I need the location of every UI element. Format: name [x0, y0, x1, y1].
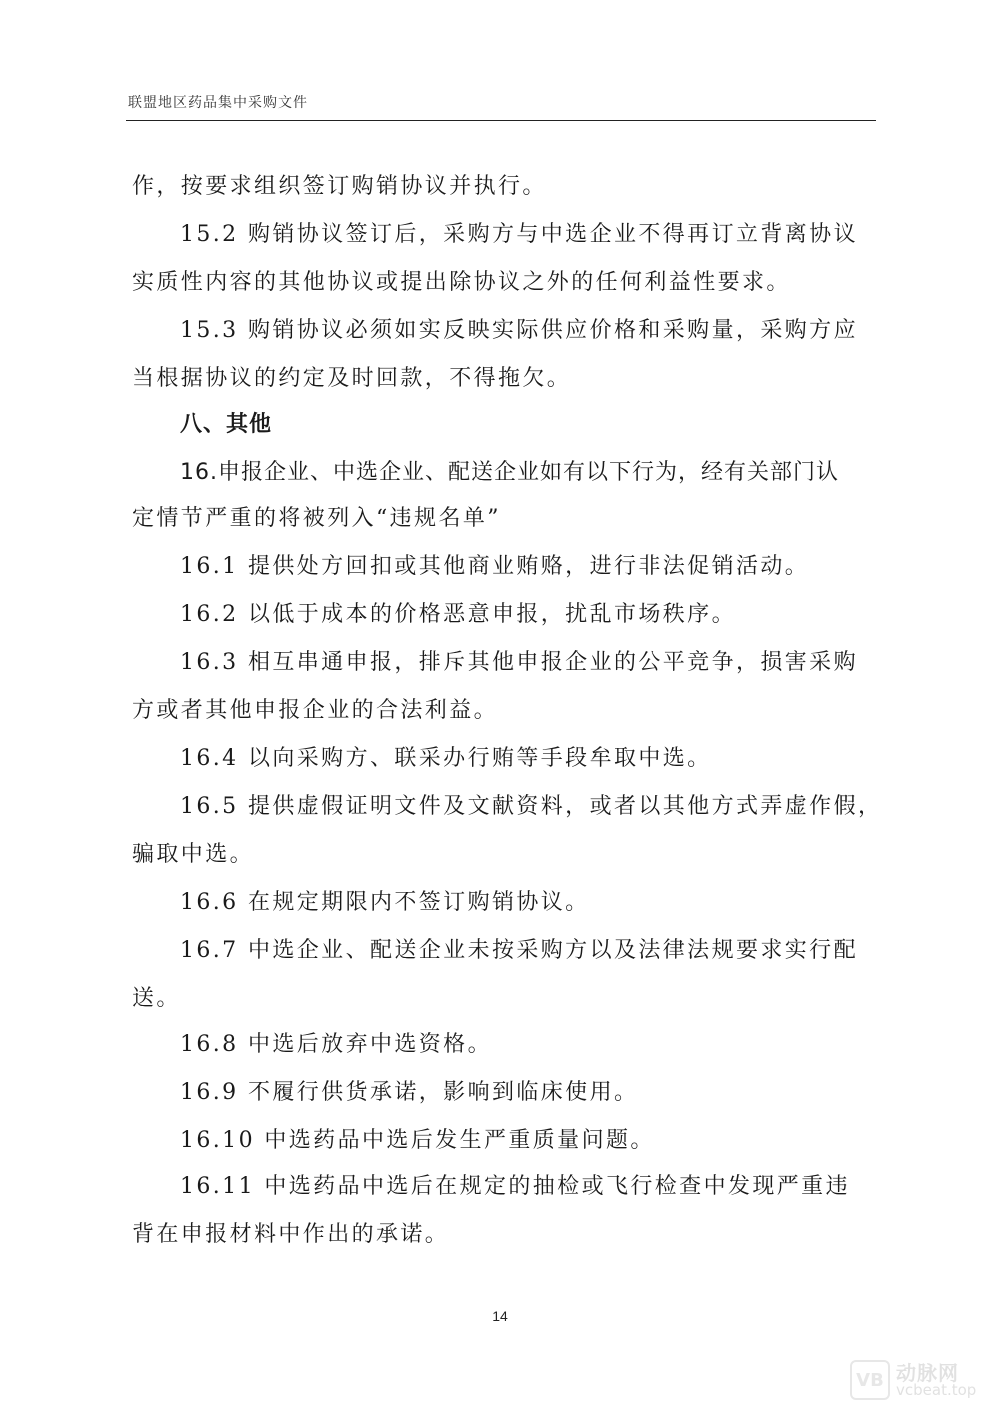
paragraph-line: 16.4 以向采购方、联采办行贿等手段牟取中选。	[180, 744, 712, 774]
paragraph-line: 作，按要求组织签订购销协议并执行。	[132, 172, 547, 202]
paragraph-line: 16.9 不履行供货承诺，影响到临床使用。	[180, 1078, 638, 1108]
paragraph-line: 16.6 在规定期限内不签订购销协议。	[180, 888, 590, 918]
document-header-title: 联盟地区药品集中采购文件	[128, 92, 308, 112]
paragraph-line: 16.3 相互串通申报，排斥其他申报企业的公平竞争，损害采购	[180, 648, 858, 678]
paragraph-line: 16.10 中选药品中选后发生严重质量问题。	[180, 1126, 655, 1156]
paragraph-line: 骗取中选。	[132, 840, 254, 870]
paragraph-line: 方或者其他申报企业的合法利益。	[132, 696, 498, 726]
page-number: 14	[0, 1308, 1000, 1324]
watermark: VB 动脉网 vcbeat.top	[850, 1360, 976, 1400]
paragraph-line: 定情节严重的将被列入“违规名单”	[132, 504, 501, 534]
watermark-text: 动脉网 vcbeat.top	[896, 1363, 976, 1398]
paragraph-line: 16.2 以低于成本的价格恶意申报，扰乱市场秩序。	[180, 600, 736, 630]
paragraph-line: 送。	[132, 984, 181, 1014]
paragraph-line: 实质性内容的其他协议或提出除协议之外的任何利益性要求。	[132, 268, 791, 298]
paragraph-line: 16.7 中选企业、配送企业未按采购方以及法律法规要求实行配	[180, 936, 858, 966]
watermark-name-cn: 动脉网	[896, 1363, 976, 1383]
paragraph-line: 背在申报材料中作出的承诺。	[132, 1220, 449, 1250]
paragraph-line: 15.3 购销协议必须如实反映实际供应价格和采购量，采购方应	[180, 316, 858, 346]
paragraph-line: 16.1 提供处方回扣或其他商业贿赂，进行非法促销活动。	[180, 552, 809, 582]
watermark-logo-icon: VB	[850, 1360, 890, 1400]
paragraph-line: 当根据协议的约定及时回款，不得拖欠。	[132, 364, 571, 394]
paragraph-line: 16.8 中选后放弃中选资格。	[180, 1030, 492, 1060]
paragraph-line: 16.11 中选药品中选后在规定的抽检或飞行检查中发现严重违	[180, 1172, 850, 1202]
watermark-name-en: vcbeat.top	[896, 1383, 976, 1398]
paragraph-line: 15.2 购销协议签订后，采购方与中选企业不得再订立背离协议	[180, 220, 858, 250]
section-heading: 八、其他	[180, 410, 272, 440]
paragraph-line: 16.5 提供虚假证明文件及文献资料，或者以其他方式弄虚作假，	[180, 792, 882, 822]
header-divider	[126, 120, 876, 121]
paragraph-line: 16.申报企业、中选企业、配送企业如有以下行为，经有关部门认	[180, 458, 839, 488]
